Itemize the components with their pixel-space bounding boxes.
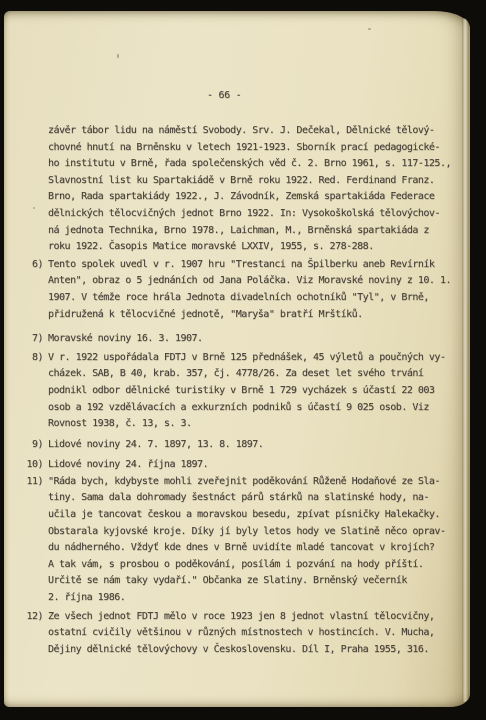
- text-line: A tak vám, s prosbou o poděkování, posíl…: [48, 557, 458, 574]
- text-line: 2. října 1986.: [48, 590, 458, 607]
- text-line: du nádherného. Vždyť kde dnes v Brně uvi…: [48, 540, 458, 557]
- note-marker: 8): [32, 350, 43, 367]
- text-line: Tento spolek uvedl v r. 1907 hru "Tresta…: [48, 257, 458, 274]
- text-line: Moravské noviny 16. 3. 1907.: [48, 331, 458, 348]
- note-marker: 10): [26, 457, 43, 474]
- text-line: podnikl odbor dělnické turistiky v Brně …: [48, 383, 458, 400]
- note-marker: 7): [32, 331, 43, 348]
- text-line: Dějiny dělnické tělovýchovy v Českoslove…: [48, 642, 458, 659]
- text-line: dělnických tělocvičných jednot Brno 1922…: [48, 206, 458, 223]
- text-line: "Ráda bych, kdybyste mohli zveřejnit pod…: [48, 474, 458, 491]
- note-item: 6)Tento spolek uvedl v r. 1907 hru "Tres…: [48, 257, 458, 323]
- paper-speck: [117, 54, 119, 58]
- text-line: Ze všech jednot FDTJ mělo v roce 1923 je…: [48, 609, 458, 626]
- scanned-book-photo: - 66 - závěr tábor lidu na náměstí Svobo…: [0, 0, 486, 720]
- note-item: 8)V r. 1922 uspořádala FDTJ v Brně 125 p…: [48, 350, 458, 433]
- note-item: 10)Lidové noviny 24. října 1897.: [48, 457, 458, 474]
- text-line: Obstarala kyjovské kroje. Díky jí byly l…: [48, 524, 458, 541]
- note-marker: 12): [26, 609, 43, 626]
- text-line: učila je tancovat českou a moravskou bes…: [48, 507, 458, 524]
- text-line: ostatní cvičily většinou v různých místn…: [48, 625, 458, 642]
- note-item: 7)Moravské noviny 16. 3. 1907.: [48, 331, 458, 348]
- note-item: 12)Ze všech jednot FDTJ mělo v roce 1923…: [48, 609, 458, 659]
- book-page: - 66 - závěr tábor lidu na náměstí Svobo…: [4, 11, 470, 707]
- paper-speck: [33, 207, 35, 209]
- note-item: 9)Lidové noviny 24. 7. 1897, 13. 8. 1897…: [48, 437, 458, 454]
- paper-speck: [368, 28, 371, 30]
- text-line: ná jednota Technika, Brno 1978., Laichma…: [48, 223, 458, 240]
- text-line: chovné hnutí na Brněnsku v letech 1921-1…: [48, 140, 458, 157]
- notes-list: závěr tábor lidu na náměstí Svobody. Srv…: [48, 123, 458, 658]
- text-line: roku 1922. Časopis Matice moravské LXXIV…: [48, 239, 458, 256]
- text-line: Lidové noviny 24. října 1897.: [48, 457, 458, 474]
- note-marker: 9): [32, 437, 43, 454]
- text-line: tiny. Sama dala dohromady šestnáct párů …: [48, 490, 458, 507]
- text-line: Rovnost 1938, č. 13, s. 3.: [48, 416, 458, 433]
- continuation-paragraph: závěr tábor lidu na náměstí Svobody. Srv…: [48, 123, 458, 256]
- note-marker: 6): [32, 257, 43, 274]
- note-marker: 11): [26, 474, 43, 491]
- text-line: Určitě se nám taky vydaří." Občanka ze S…: [48, 573, 458, 590]
- text-line: V r. 1922 uspořádala FDTJ v Brně 125 pře…: [48, 350, 458, 367]
- page-fore-edge: [462, 18, 469, 702]
- text-line: závěr tábor lidu na náměstí Svobody. Srv…: [48, 123, 458, 140]
- text-line: Anten", obraz o 5 jednáních od Jana Polá…: [48, 273, 458, 290]
- text-line: 1907. V témže roce hrála Jednota divadel…: [48, 290, 458, 307]
- text-line: Slavnostní list ku Spartakiádě v Brně ro…: [48, 173, 458, 190]
- page-number: - 66 -: [207, 90, 241, 101]
- text-line: cházek. SAB, B 40, krab. 357, čj. 4778/2…: [48, 366, 458, 383]
- text-line: přidružená k tělocvičné jednotě, "Maryša…: [48, 307, 458, 324]
- note-item: 11)"Ráda bych, kdybyste mohli zveřejnit …: [48, 474, 458, 607]
- text-line: ho institutu v Brně, řada společenských …: [48, 156, 458, 173]
- text-line: Brno, Rada spartakiády 1922., J. Závodní…: [48, 189, 458, 206]
- text-line: osob a 192 vzdělávacích a exkurzních pod…: [48, 400, 458, 417]
- text-line: Lidové noviny 24. 7. 1897, 13. 8. 1897.: [48, 437, 458, 454]
